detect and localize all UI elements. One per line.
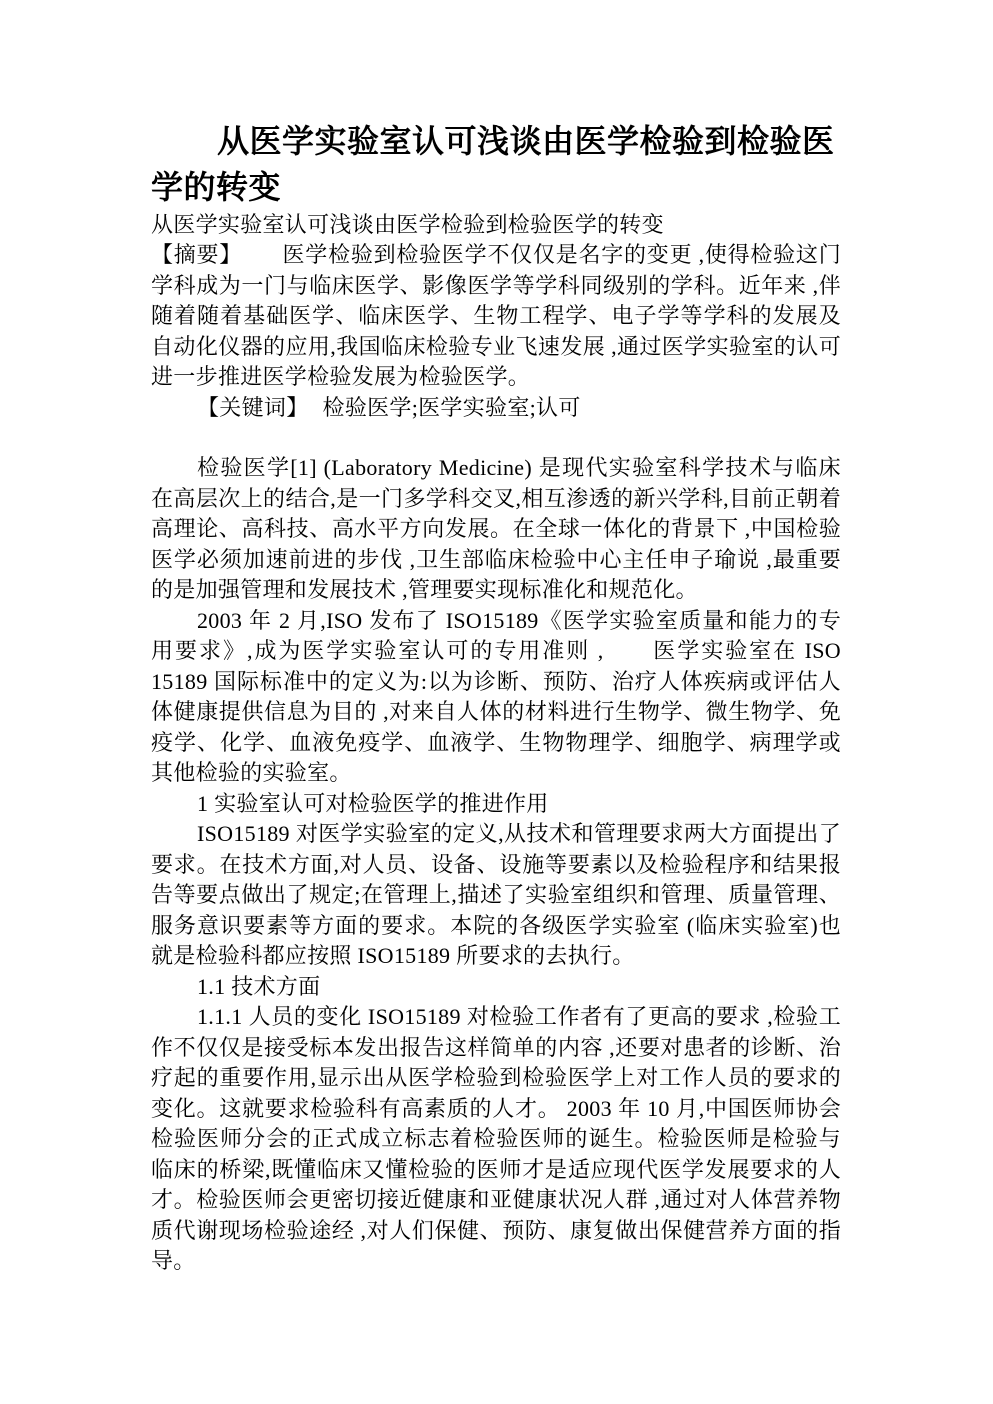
section-heading-1: 1 实验室认可对检验医学的推进作用 — [151, 789, 841, 820]
paragraph-intro: 检验医学[1] (Laboratory Medicine) 是现代实验室科学技术… — [151, 453, 841, 606]
document-title: 从医学实验室认可浅谈由医学检验到检验医学的转变 — [151, 118, 841, 210]
document-page: 从医学实验室认可浅谈由医学检验到检验医学的转变 从医学实验室认可浅谈由医学检验到… — [151, 118, 841, 1277]
blank-line — [151, 423, 841, 453]
section-heading-1-1: 1.1 技术方面 — [151, 972, 841, 1003]
abstract-text: 医学检验到检验医学不仅仅是名字的变更 ,使得检验这门学科成为一门与临床医学、影像… — [151, 242, 841, 389]
abstract: 【摘要】医学检验到检验医学不仅仅是名字的变更 ,使得检验这门学科成为一门与临床医… — [151, 240, 841, 393]
paragraph-personnel: 1.1.1 人员的变化 ISO15189 对检验工作者有了更高的要求 ,检验工作… — [151, 1002, 841, 1277]
abstract-label: 【摘要】 — [151, 242, 242, 267]
document-subtitle: 从医学实验室认可浅谈由医学检验到检验医学的转变 — [151, 210, 841, 240]
paragraph-definition: ISO15189 对医学实验室的定义,从技术和管理要求两大方面提出了要求。在技术… — [151, 819, 841, 972]
keywords-text: 检验医学;医学实验室;认可 — [323, 395, 581, 420]
paragraph-iso15189: 2003 年 2 月,ISO 发布了 ISO15189《医学实验室质量和能力的专… — [151, 606, 841, 789]
keywords: 【关键词】检验医学;医学实验室;认可 — [151, 393, 841, 424]
keywords-label: 【关键词】 — [197, 395, 309, 420]
